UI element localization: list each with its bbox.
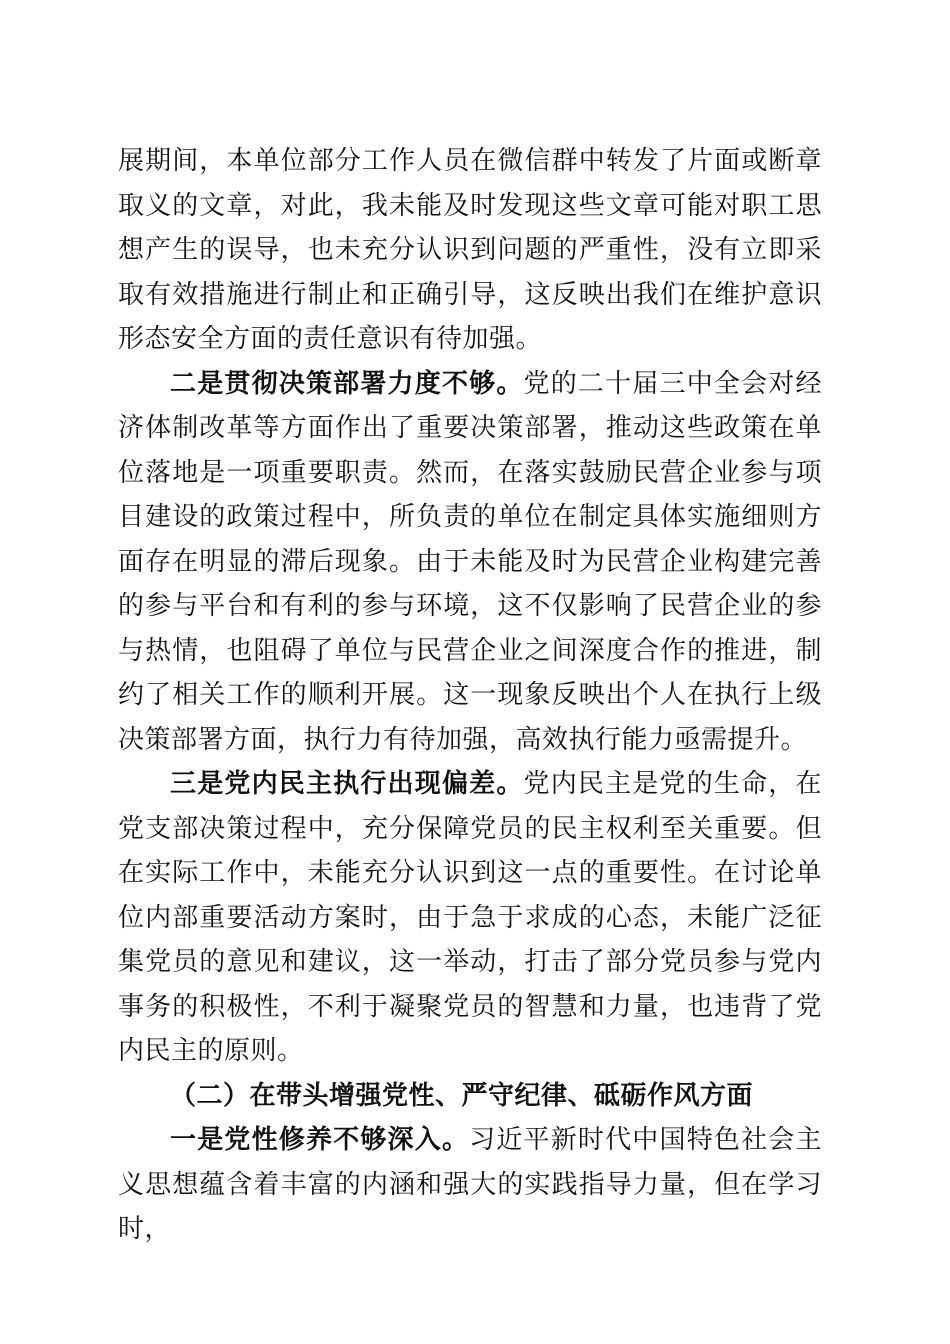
paragraph-text: 展期间，本单位部分工作人员在微信群中转发了片面或断章取义的文章，对此，我未能及时… (118, 146, 822, 353)
document-page: 展期间，本单位部分工作人员在微信群中转发了片面或断章取义的文章，对此，我未能及时… (0, 0, 950, 1344)
section-heading-two: （二）在带头增强党性、严守纪律、砥砺作风方面 (118, 1074, 822, 1119)
paragraph-lead: 一是党性修养不够深入。 (170, 1125, 469, 1154)
paragraph-point-one: 一是党性修养不够深入。习近平新时代中国特色社会主义思想蕴含着丰富的内涵和强大的实… (118, 1118, 822, 1252)
paragraph-lead: 二是贯彻决策部署力度不够。 (170, 369, 524, 398)
paragraph-continuation: 展期间，本单位部分工作人员在微信群中转发了片面或断章取义的文章，对此，我未能及时… (118, 139, 822, 362)
paragraph-point-two: 二是贯彻决策部署力度不够。党的二十届三中全会对经济体制改革等方面作出了重要决策部… (118, 362, 822, 763)
paragraph-point-three: 三是党内民主执行出现偏差。党内民主是党的生命，在党支部决策过程中，充分保障党员的… (118, 762, 822, 1074)
heading-text: （二）在带头增强党性、严守纪律、砥砺作风方面 (170, 1081, 753, 1110)
paragraph-lead: 三是党内民主执行出现偏差。 (170, 769, 524, 798)
paragraph-text: 党的二十届三中全会对经济体制改革等方面作出了重要决策部署，推动这些政策在单位落地… (118, 369, 822, 754)
paragraph-text: 党内民主是党的生命，在党支部决策过程中，充分保障党员的民主权利至关重要。但在实际… (118, 769, 822, 1065)
